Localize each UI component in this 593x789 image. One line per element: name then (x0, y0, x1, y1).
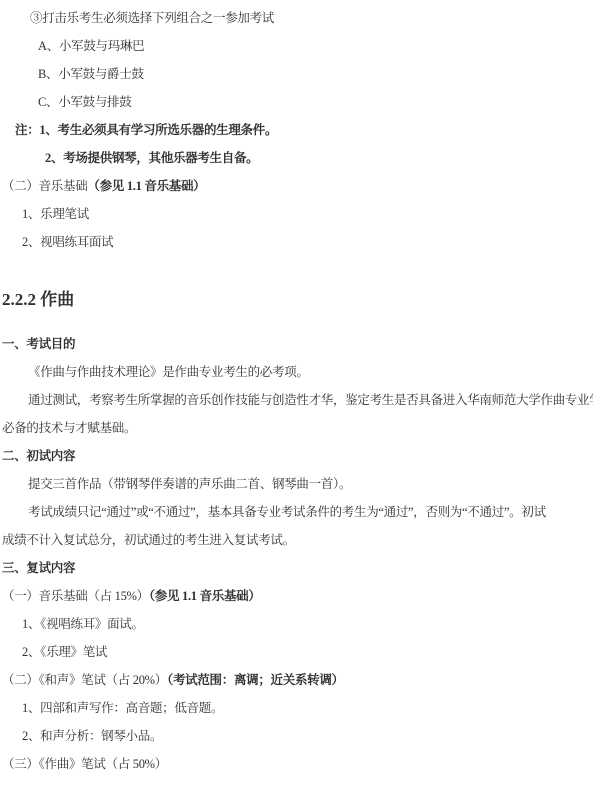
text-run: （参见 1.1 音乐基础） (149, 589, 261, 603)
text-line: 注：1、考生必须具有学习所选乐器的生理条件。 (0, 122, 593, 150)
text-line: 提交三首作品（带钢琴伴奏谱的声乐曲二首、钢琴曲一首）。 (0, 476, 593, 504)
text-line: 必备的技术与才赋基础。 (0, 420, 593, 448)
text-run: 2、考场提供钢琴，其他乐器考生自备。 (45, 151, 258, 165)
text-line: 2、和声分析：钢琴小品。 (0, 728, 593, 756)
text-line: （三）《作曲》笔试（占 50%） (0, 756, 593, 784)
text-line: 成绩不计入复试总分，初试通过的考生进入复试考试。 (0, 532, 593, 560)
text-line: 考试成绩只记“通过”或“不通过”，基本具备专业考试条件的考生为“通过”，否则为“… (0, 504, 593, 532)
text-run: 成绩不计入复试总分，初试通过的考生进入复试考试。 (2, 533, 295, 547)
text-line: （二）《和声》笔试（占 20%）（考试范围：离调；近关系转调） (0, 672, 593, 700)
text-run: （二）音乐基础 (2, 179, 87, 193)
text-run: （参见 1.1 音乐基础） (87, 179, 205, 193)
text-line: 2、考场提供钢琴，其他乐器考生自备。 (0, 150, 593, 178)
text-line: 1、乐理笔试 (0, 206, 593, 234)
text-run: 二、初试内容 (2, 449, 75, 463)
text-run: （考试范围：离调；近关系转调） (167, 673, 344, 687)
text-run: A、小军鼓与玛琳巴 (38, 39, 144, 53)
text-run: 提交三首作品（带钢琴伴奏谱的声乐曲二首、钢琴曲一首）。 (28, 477, 351, 491)
text-line: ③打击乐考生必须选择下列组合之一参加考试 (0, 10, 593, 38)
text-run: 考试成绩只记“通过”或“不通过”，基本具备专业考试条件的考生为“通过”，否则为“… (28, 505, 546, 519)
text-line: C、小军鼓与排鼓 (0, 94, 593, 122)
text-run: ③打击乐考生必须选择下列组合之一参加考试 (30, 11, 274, 25)
text-run: 《作曲与作曲技术理论》是作曲专业考生的必考项。 (28, 365, 309, 379)
text-line: 《作曲与作曲技术理论》是作曲专业考生的必考项。 (0, 364, 593, 392)
text-line: （二）音乐基础（参见 1.1 音乐基础） (0, 178, 593, 206)
document-page: ③打击乐考生必须选择下列组合之一参加考试A、小军鼓与玛琳巴B、小军鼓与爵士鼓C、… (0, 0, 593, 789)
text-run: 1、乐理笔试 (22, 207, 89, 221)
text-line: 1、四部和声写作：高音题；低音题。 (0, 700, 593, 728)
text-line: 二、初试内容 (0, 448, 593, 476)
text-line: 三、复试内容 (0, 560, 593, 588)
text-run: 必备的技术与才赋基础。 (2, 421, 136, 435)
text-run: 1、四部和声写作：高音题；低音题。 (22, 701, 223, 715)
text-line: 一、考试目的 (0, 336, 593, 364)
text-line: 通过测试，考察考生所掌握的音乐创作技能与创造性才华，鉴定考生是否具备进入华南师范… (0, 392, 593, 420)
text-run: 2、视唱练耳面试 (22, 235, 113, 249)
text-run: （一）音乐基础（占 15%） (2, 589, 149, 603)
text-run: 三、复试内容 (2, 561, 75, 575)
text-run: 2.2.2 作曲 (2, 290, 74, 309)
text-run: 注：1、考生必须具有学习所选乐器的生理条件。 (15, 123, 277, 137)
text-run: C、小军鼓与排鼓 (38, 95, 131, 109)
text-line: （一）音乐基础（占 15%）（参见 1.1 音乐基础） (0, 588, 593, 616)
text-run: 1、《视唱练耳》面试。 (22, 617, 144, 631)
text-run: 通过测试，考察考生所掌握的音乐创作技能与创造性才华，鉴定考生是否具备进入华南师范… (28, 393, 593, 407)
text-run: （三）《作曲》笔试（占 50%） (2, 757, 167, 771)
text-run: 2、和声分析：钢琴小品。 (22, 729, 162, 743)
text-line: B、小军鼓与爵士鼓 (0, 66, 593, 94)
section-heading: 2.2.2 作曲 (0, 288, 593, 336)
text-run: 一、考试目的 (2, 337, 75, 351)
text-line: A、小军鼓与玛琳巴 (0, 38, 593, 66)
text-run: 2、《乐理》笔试 (22, 645, 107, 659)
text-line: 2、《乐理》笔试 (0, 644, 593, 672)
text-run: B、小军鼓与爵士鼓 (38, 67, 144, 81)
text-run: （二）《和声》笔试（占 20%） (2, 673, 167, 687)
text-line: 2、视唱练耳面试 (0, 234, 593, 262)
text-line: 1、《视唱练耳》面试。 (0, 616, 593, 644)
